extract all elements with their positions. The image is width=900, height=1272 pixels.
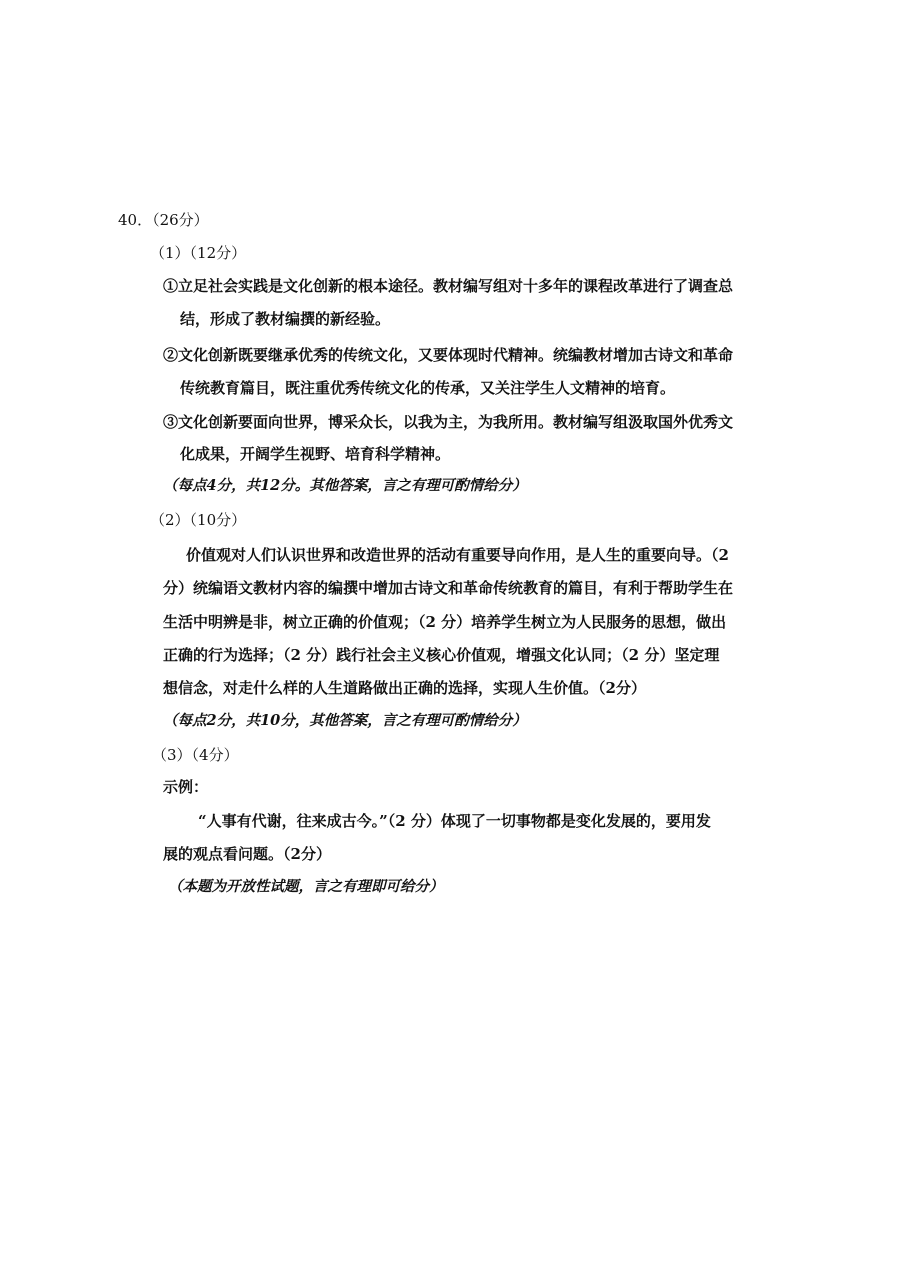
part1-line: 传统教育篇目，既注重优秀传统文化的传承，又关注学生人文精神的培育。 [180, 378, 675, 398]
part1-line: ①立足社会实践是文化创新的根本途径。教材编写组对十多年的课程改革进行了调查总 [163, 276, 733, 296]
part3-line: “人事有代谢，往来成古今。”（2 分）体现了一切事物都是变化发展的，要用发 [198, 811, 711, 831]
part1-scoring-note: （每点4分，共12分。其他答案，言之有理可酌情给分） [163, 476, 527, 496]
part3-scoring-note: （本题为开放性试题，言之有理即可给分） [168, 877, 444, 897]
part1-line: ②文化创新既要继承优秀的传统文化，又要体现时代精神。统编教材增加古诗文和革命 [163, 345, 733, 365]
part1-line: ③文化创新要面向世界，博采众长，以我为主，为我所用。教材编写组汲取国外优秀文 [163, 412, 733, 432]
part2-line: 想信念，对走什么样的人生道路做出正确的选择，实现人生价值。（2分） [163, 678, 646, 698]
part3-example-label: 示例： [163, 777, 208, 797]
part2-label: （2）（10分） [150, 510, 246, 530]
part1-label: （1）（12分） [150, 243, 246, 263]
part2-line: 价值观对人们认识世界和改造世界的活动有重要导向作用，是人生的重要向导。（2 [186, 545, 729, 565]
part3-label: （3）（4分） [152, 745, 239, 765]
part2-line: 生活中明辨是非，树立正确的价值观；（2 分）培养学生树立为人民服务的思想，做出 [163, 612, 726, 632]
part1-line: 化成果，开阔学生视野、培育科学精神。 [180, 444, 450, 464]
part2-scoring-note: （每点2分，共10分，其他答案，言之有理可酌情给分） [163, 711, 527, 731]
part2-line: 分）统编语文教材内容的编撰中增加古诗文和革命传统教育的篇目，有利于帮助学生在 [163, 578, 733, 598]
part3-line: 展的观点看问题。（2分） [163, 844, 331, 864]
part2-line: 正确的行为选择；（2 分）践行社会主义核心价值观，增强文化认同；（2 分）坚定理 [163, 645, 719, 665]
part1-line: 结，形成了教材编撰的新经验。 [180, 309, 390, 329]
question-header: 40．（26分） [118, 210, 209, 230]
